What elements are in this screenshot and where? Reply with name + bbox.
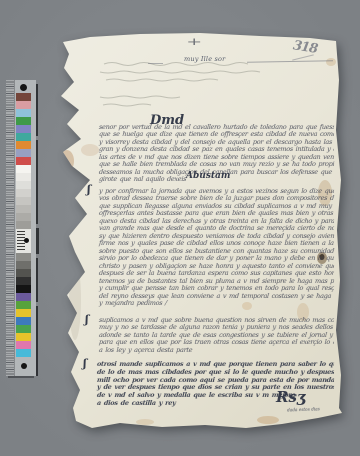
manuscript-line: firme nos y quales pase de cibdad ellos … [99,239,335,247]
ink-flourish: ʃ [83,357,87,370]
manuscript-line: y mejandra pedimos / [99,299,235,307]
manuscript-postscript: dada estos dias [287,407,320,413]
manuscript-text-layer: + muy Ille sor 318 senor por vertud de l… [0,0,360,456]
registration-cross-mark: + [186,37,202,48]
manuscript-line: que se halle bien tremblada de cosas no … [99,160,335,168]
manuscript-line: a los ley y açerca desta parte [99,346,200,354]
manuscript-line: que se huelga que dize que tienen de off… [99,130,335,138]
manuscript-line: vos obrad dessea traerse sobre bien de l… [99,194,335,202]
manuscript-line: offresçerlas antes bastasse para que era… [99,209,335,217]
manuscript-line: van grande mas que desde el quanto de do… [99,224,335,232]
folio-number: 318 [292,38,318,57]
manuscript-line: gran y donzena desta cibdad se paz en qu… [99,145,335,153]
ink-flourish: Rsʒ [276,388,305,406]
heading-rule-left [148,63,163,64]
manuscript-line: para que en ellos que por las traen otra… [99,338,335,346]
manuscript-line: a dios de castilla y rey [97,399,278,407]
manuscript-line: de lo de mas mas cibdades por que si lo … [97,368,335,376]
manuscript-line: sirvio por lo obedezca que tienen de dar… [99,254,335,262]
heading-rule-right [247,60,333,63]
manuscript-heading: muy Ille sor [184,55,225,63]
manuscript-line: otrosi mande suplicamos a v md que porqu… [97,360,335,368]
ink-flourish: ʃ [87,183,91,196]
ink-flourish: ʃ [85,313,89,326]
manuscript-line: y cumplir que pensse tan bien cobrar y t… [99,284,335,292]
ink-flourish: Dmd [150,113,184,128]
photo-stage: + muy Ille sor 318 senor por vertud de l… [0,0,360,456]
manuscript-line: despues de ser la buena tardanza espera … [99,269,335,277]
ink-flourish: Abustam [186,171,230,181]
